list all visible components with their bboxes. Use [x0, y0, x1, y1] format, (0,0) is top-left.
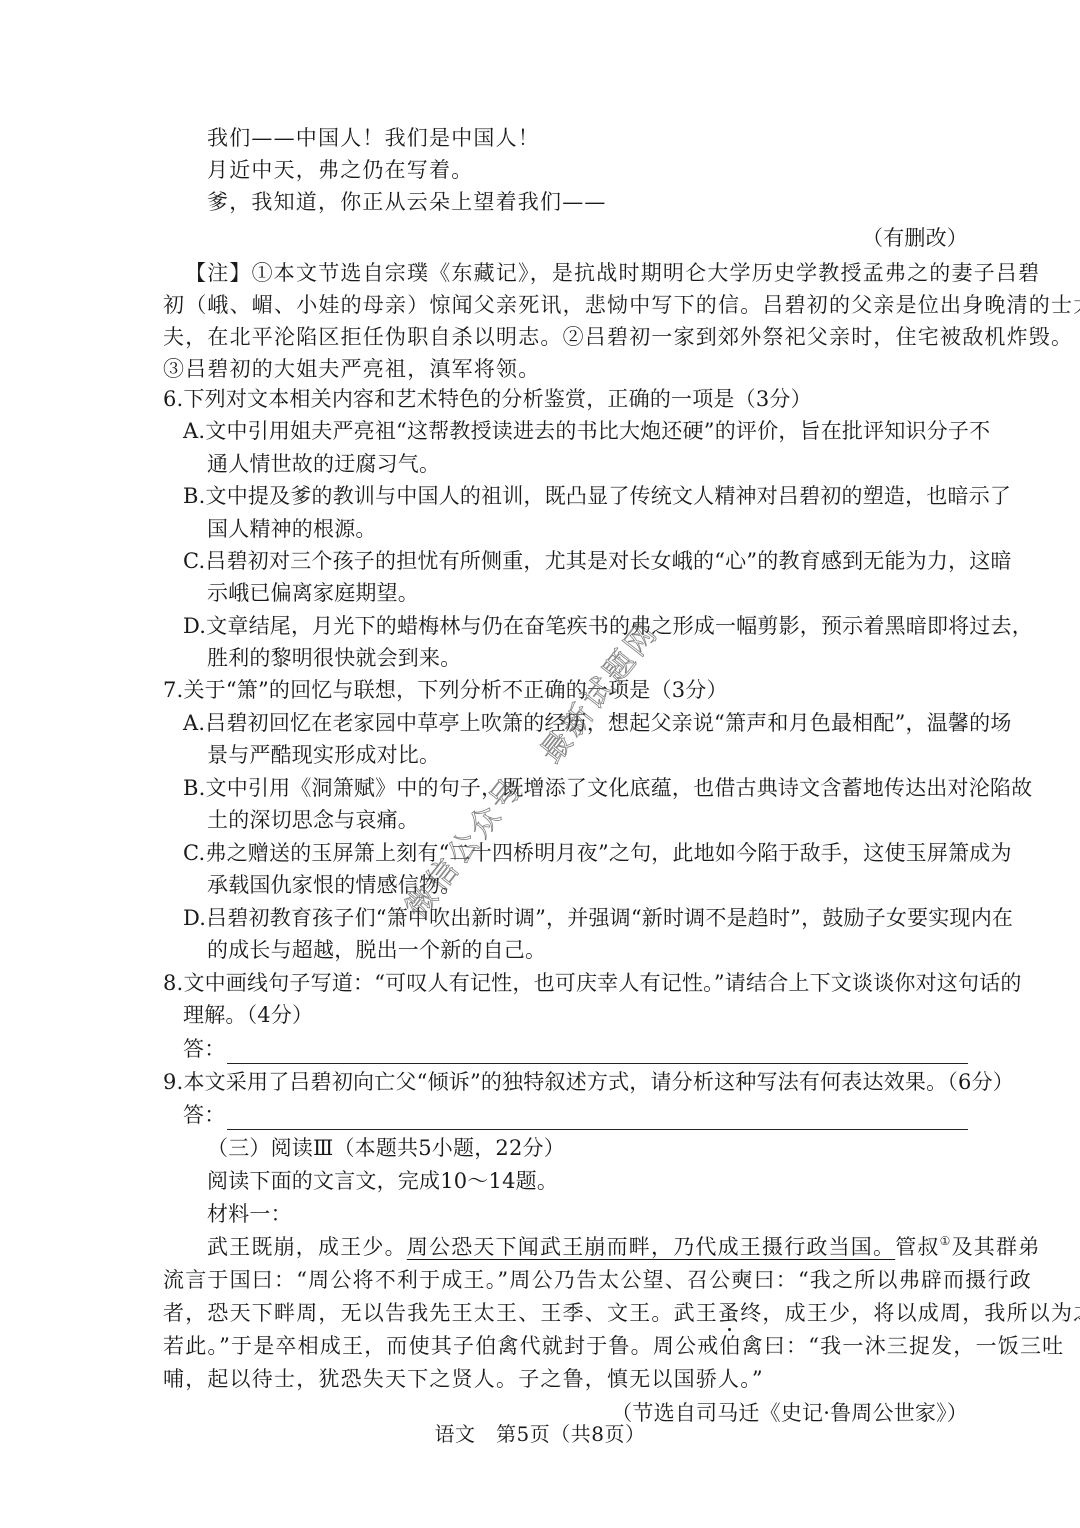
option-7b-cont: 土的深切思念与哀痛。: [207, 805, 1012, 835]
question-7: 7.关于“箫”的回忆与联想，下列分析不正确的一项是（3分）: [163, 675, 968, 705]
answer-8-row[interactable]: 答：: [183, 1034, 968, 1064]
note-line: ③吕碧初的大姐夫严亮祖，滇军将领。: [163, 354, 968, 384]
option-7c-cont: 承载国仇家恨的情感信物。: [207, 870, 1012, 900]
option-text: 文中引用姐夫严亮祖“这帮教授读进去的书比大炮还硬”的评价，旨在批评知识分子不: [205, 419, 990, 443]
option-label: B.: [183, 776, 206, 800]
option-6d[interactable]: D.文章结尾，月光下的蜡梅林与仍在奋笔疾书的弗之形成一幅剪影，预示着黑暗即将过去…: [183, 611, 988, 641]
material-line: 流言于国曰：“周公将不利于成王。”周公乃告太公望、召公奭曰：“我之所以弗辟而摄行…: [163, 1265, 968, 1295]
material-text: 武王既崩，成王少。: [207, 1235, 407, 1259]
question-stem: 关于“箫”的回忆与联想，下列分析不正确的一项是（3分）: [183, 678, 727, 702]
answer-9-line[interactable]: [227, 1107, 968, 1130]
material-line: 哺，起以待士，犹恐失天下之贤人。子之鲁，慎无以国骄人。”: [163, 1364, 968, 1394]
footer-page-number: 第5页（共8页）: [496, 1422, 645, 1446]
passage-line: 月近中天，弗之仍在写着。: [207, 155, 1012, 185]
question-stem: 下列对文本相关内容和艺术特色的分析鉴赏，正确的一项是（3分）: [183, 387, 811, 411]
option-label: D.: [183, 906, 206, 930]
option-6c-cont: 示峨已偏离家庭期望。: [207, 578, 1012, 608]
question-number: 7.: [163, 678, 183, 702]
question-number: 6.: [163, 387, 183, 411]
option-7a[interactable]: A.吕碧初回忆在老家园中草亭上吹箫的经历，想起父亲说“箫声和月色最相配”，温馨的…: [183, 708, 988, 738]
page-footer: 语文 第5页（共8页）: [0, 1420, 1080, 1448]
question-number: 8.: [163, 971, 183, 995]
underlined-sentence: 周公恐天下闻武王崩而畔，乃代成王摄行政当国。: [407, 1235, 895, 1259]
question-8: 8.文中画线句子写道：“可叹人有记性，也可庆幸人有记性。”请结合上下文谈谈你对这…: [163, 968, 968, 998]
question-stem: 本文采用了吕碧初向亡父“倾诉”的独特叙述方式，请分析这种写法有何表达效果。（6分…: [183, 1070, 1014, 1094]
material-line: 若此。”于是卒相成王，而使其子伯禽代就封于鲁。周公戒伯禽曰：“我一沐三捉发，一饭…: [163, 1331, 968, 1361]
passage-line: 爹，我知道，你正从云朵上望着我们——: [207, 187, 1012, 217]
option-7c[interactable]: C.弗之赠送的玉屏箫上刻有“二十四桥明月夜”之句，此地如今陷于敌手，这使玉屏箫成…: [183, 838, 988, 868]
option-text: 吕碧初回忆在老家园中草亭上吹箫的经历，想起父亲说“箫声和月色最相配”，温馨的场: [205, 711, 1011, 735]
edited-note: （有删改）: [163, 223, 968, 253]
option-text: 文中引用《洞箫赋》中的句子，既增添了文化底蕴，也借古典诗文含蓄地传达出对沦陷故: [206, 776, 1033, 800]
option-label: B.: [183, 484, 206, 508]
option-7b[interactable]: B.文中引用《洞箫赋》中的句子，既增添了文化底蕴，也借古典诗文含蓄地传达出对沦陷…: [183, 773, 988, 803]
passage-line: 我们——中国人！我们是中国人！: [207, 123, 1012, 153]
question-number: 9.: [163, 1070, 183, 1094]
material-line: 武王既崩，成王少。周公恐天下闻武王崩而畔，乃代成王摄行政当国。管叔①及其群弟: [207, 1232, 968, 1262]
option-label: C.: [183, 841, 205, 865]
footer-subject: 语文: [434, 1422, 475, 1446]
option-6a-cont: 通人情世故的迂腐习气。: [207, 449, 1012, 479]
material-text: 管叔: [895, 1235, 939, 1259]
option-7d[interactable]: D.吕碧初教育孩子们“箫中吹出新时调”，并强调“新时调不是趋时”，鼓励子女要实现…: [183, 903, 988, 933]
exam-page: 我们——中国人！我们是中国人！ 月近中天，弗之仍在写着。 爹，我知道，你正从云朵…: [0, 0, 1080, 1528]
material-line: 者，恐天下畔周，无以告我先王太王、王季、文王。武王蚤终，成王少，将以成周，我所以…: [163, 1298, 968, 1328]
question-stem: 文中画线句子写道：“可叹人有记性，也可庆幸人有记性。”请结合上下文谈谈你对这句话…: [183, 971, 1021, 995]
answer-8-line[interactable]: [227, 1041, 968, 1064]
option-text: 吕碧初教育孩子们“箫中吹出新时调”，并强调“新时调不是趋时”，鼓励子女要实现内在: [206, 906, 1013, 930]
option-7d-cont: 的成长与超越，脱出一个新的自己。: [207, 935, 1012, 965]
option-label: A.: [183, 711, 205, 735]
material-text: 终，成王少，将以成周，我所以为之: [740, 1301, 1080, 1325]
option-label: A.: [183, 419, 205, 443]
option-text: 文章结尾，月光下的蜡梅林与仍在奋笔疾书的弗之形成一幅剪影，预示着黑暗即将过去，: [206, 614, 1033, 638]
question-8-cont: 理解。（4分）: [183, 1000, 988, 1030]
option-6b[interactable]: B.文中提及爹的教训与中国人的祖训，既凸显了传统文人精神对吕碧初的塑造，也暗示了: [183, 481, 988, 511]
question-9: 9.本文采用了吕碧初向亡父“倾诉”的独特叙述方式，请分析这种写法有何表达效果。（…: [163, 1067, 968, 1097]
option-7a-cont: 景与严酷现实形成对比。: [207, 740, 1012, 770]
material-label: 材料一：: [207, 1199, 1012, 1229]
note-line: 【注】①本文节选自宗璞《东藏记》，是抗战时期明仑大学历史学教授孟弗之的妻子吕碧: [185, 258, 968, 288]
section-3-heading: （三）阅读Ⅲ（本题共5小题，22分）: [207, 1133, 1012, 1163]
section-3-instruction: 阅读下面的文言文，完成10～14题。: [207, 1166, 1012, 1196]
answer-9-row[interactable]: 答：: [183, 1100, 968, 1130]
footnote-marker: ①: [940, 1234, 952, 1248]
answer-label: 答：: [183, 1034, 225, 1064]
option-text: 吕碧初对三个孩子的担忧有所侧重，尤其是对长女峨的“心”的教育感到无能为力，这暗: [205, 549, 1011, 573]
material-text: 者，恐天下畔周，无以告我先王太王、王季、文王。武王: [163, 1301, 718, 1325]
material-text: 及其群弟: [952, 1235, 1041, 1259]
option-text: 文中提及爹的教训与中国人的祖训，既凸显了传统文人精神对吕碧初的塑造，也暗示了: [206, 484, 1012, 508]
option-label: D.: [183, 614, 206, 638]
option-6c[interactable]: C.吕碧初对三个孩子的担忧有所侧重，尤其是对长女峨的“心”的教育感到无能为力，这…: [183, 546, 988, 576]
option-6a[interactable]: A.文中引用姐夫严亮祖“这帮教授读进去的书比大炮还硬”的评价，旨在批评知识分子不: [183, 416, 988, 446]
option-6b-cont: 国人精神的根源。: [207, 514, 1012, 544]
question-6: 6.下列对文本相关内容和艺术特色的分析鉴赏，正确的一项是（3分）: [163, 384, 968, 414]
option-6d-cont: 胜利的黎明很快就会到来。: [207, 643, 1012, 673]
note-line: 夫，在北平沦陷区拒任伪职自杀以明志。②吕碧初一家到郊外祭祀父亲时，住宅被敌机炸毁…: [163, 322, 968, 352]
option-label: C.: [183, 549, 205, 573]
emphasized-char: 蚤: [718, 1301, 740, 1325]
note-line: 初（峨、嵋、小娃的母亲）惊闻父亲死讯，悲恸中写下的信。吕碧初的父亲是位出身晚清的…: [163, 290, 968, 320]
answer-label: 答：: [183, 1100, 225, 1130]
option-text: 弗之赠送的玉屏箫上刻有“二十四桥明月夜”之句，此地如今陷于敌手，这使玉屏箫成为: [205, 841, 1011, 865]
